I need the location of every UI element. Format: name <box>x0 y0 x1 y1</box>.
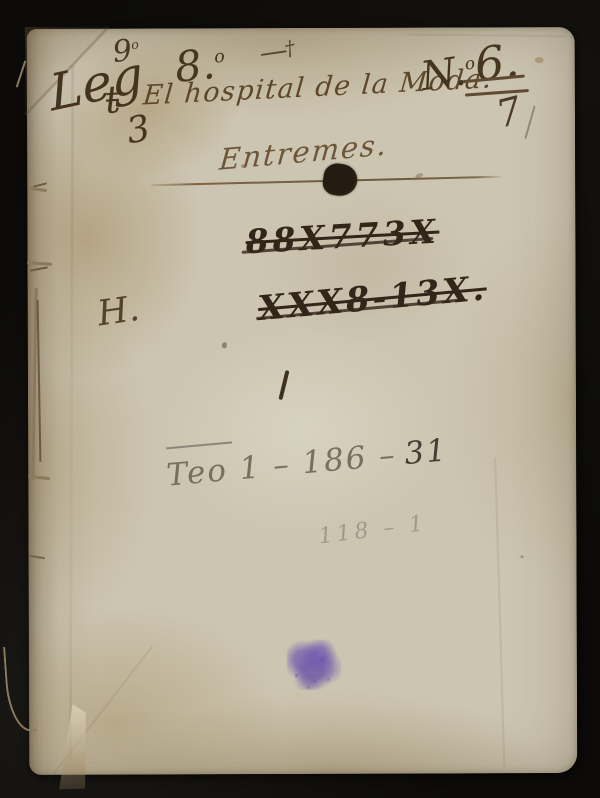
cross-flourish-stroke <box>261 50 287 56</box>
shelfmark-final: 31 <box>403 432 450 472</box>
legajo-abbreviation-stroke: ŧ <box>104 80 122 119</box>
ink-blot <box>321 162 359 198</box>
ink-tick-mark <box>278 370 289 400</box>
manuscript-cover: Leg 9o ŧ 3 8.o † El hospital de la Moda.… <box>27 27 578 775</box>
pencil-stroke <box>524 106 535 139</box>
legajo-number-below: 3 <box>124 111 153 150</box>
legajo-superscript: 9o <box>111 35 141 68</box>
legajo-superscript-o: o <box>130 37 139 53</box>
numero-label: N. <box>418 48 469 100</box>
paper-speck <box>535 57 544 63</box>
numero-new: 7 <box>493 91 526 134</box>
paper-speck <box>222 342 227 348</box>
crease-line <box>494 457 505 767</box>
shelfmark-numbers: 1 – 186 – <box>238 437 398 487</box>
purple-stamp-smudge <box>287 640 341 690</box>
crease-line <box>47 646 153 782</box>
cancelled-shelfmark-1: 88X773X <box>245 214 441 258</box>
teo-overbar <box>166 441 232 449</box>
format-o: o <box>213 47 226 68</box>
manuscript-photo: Leg 9o ŧ 3 8.o † El hospital de la Moda.… <box>0 0 600 798</box>
spine-thread-loop <box>3 645 37 733</box>
spine-fray <box>57 704 94 792</box>
paper-speck <box>521 555 524 558</box>
cross-mark: † <box>283 37 297 59</box>
numero-mark: N.o <box>418 50 478 97</box>
shelfmark-prefix: Teo <box>165 452 229 493</box>
paper-speck <box>241 164 246 168</box>
crease-line <box>69 65 74 761</box>
initial-h-mark: H. <box>95 292 141 333</box>
faint-pencil-note: 118 – 1 <box>318 513 429 548</box>
